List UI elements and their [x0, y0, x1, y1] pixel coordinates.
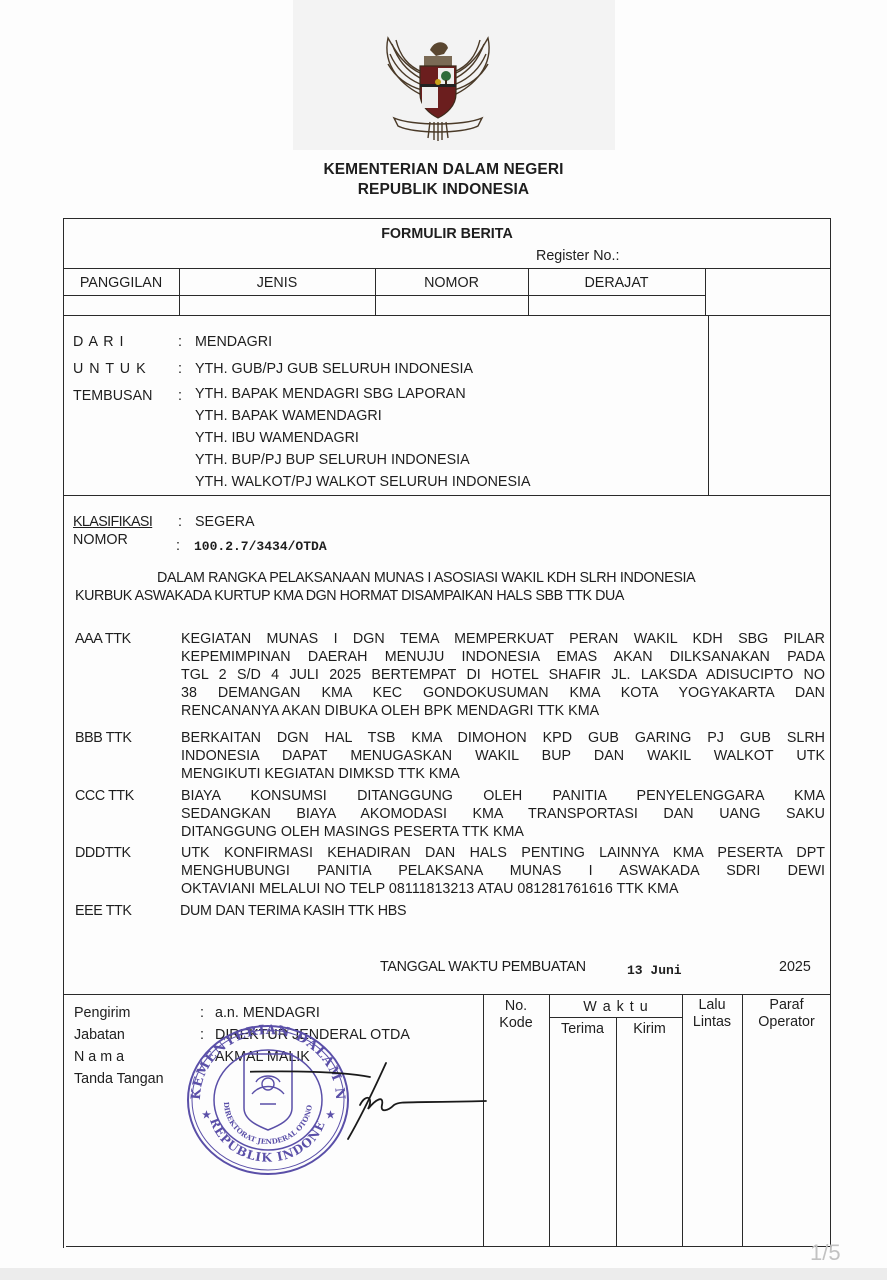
col-jenis: JENIS [179, 274, 375, 292]
log-operator-label: Operator [742, 1013, 831, 1031]
waktu-divider [549, 1017, 683, 1018]
dari-value: MENDAGRI [195, 333, 272, 351]
nomor-label: NOMOR [73, 531, 128, 549]
svg-text:★: ★ [202, 1110, 211, 1121]
header-row-mid [63, 295, 706, 296]
klasifikasi-label: KLASIFIKASI [73, 513, 152, 531]
untuk-value: YTH. GUB/PJ GUB SELURUH INDONESIA [195, 360, 473, 378]
tembusan-value-2: YTH. BAPAK WAMENDAGRI [195, 407, 382, 425]
frame-right [830, 218, 831, 1248]
date-day-month: 13 Juni [627, 962, 682, 980]
nomor-value: 100.2.7/3434/OTDA [194, 538, 327, 556]
tembusan-value-1: YTH. BAPAK MENDAGRI SBG LAPORAN [195, 385, 466, 403]
signature-icon [250, 1055, 490, 1145]
pengirim-colon: : [200, 1004, 204, 1022]
tanda-tangan-label: Tanda Tangan [74, 1070, 164, 1088]
frame-left [63, 218, 64, 1248]
frame-bottom [66, 1246, 832, 1247]
dari-colon: : [178, 333, 182, 351]
klasifikasi-value: SEGERA [195, 513, 255, 531]
log-kode-label: Kode [483, 1014, 549, 1032]
ministry-name: KEMENTERIAN DALAM NEGERI [0, 161, 887, 179]
col-sep-4 [705, 268, 706, 316]
log-terima-label: Terima [549, 1020, 616, 1038]
log-paraf-label: Paraf [742, 996, 831, 1014]
untuk-label: U N T U K [73, 360, 147, 378]
viewer-bottom-bar [0, 1268, 887, 1280]
point-label: EEE TTK [75, 902, 132, 920]
register-no-label: Register No.: [536, 247, 619, 265]
point-body: BERKAITAN DGN HAL TSB KMA DIMOHON KPD GU… [181, 729, 825, 783]
point-label: BBB TTK [75, 729, 132, 747]
garuda-emblem-icon [372, 26, 504, 148]
tembusan-label: TEMBUSAN [73, 387, 152, 405]
frame-top [63, 218, 831, 219]
nama-label: N a m a [74, 1048, 124, 1066]
col-panggilan: PANGGILAN [63, 274, 179, 292]
pengirim-label: Pengirim [74, 1004, 130, 1022]
point-body: DUM DAN TERIMA KASIH TTK HBS [180, 902, 824, 920]
point-body: KEGIATAN MUNAS I DGN TEMA MEMPERKUAT PER… [181, 630, 825, 720]
col-nomor: NOMOR [375, 274, 528, 292]
klasifikasi-colon: : [178, 513, 182, 531]
log-lalu-label: Lalu [682, 996, 742, 1014]
tembusan-colon: : [178, 387, 182, 405]
log-col-5 [742, 994, 743, 1247]
country-name: REPUBLIK INDONESIA [0, 181, 887, 199]
log-col-3 [616, 1017, 617, 1247]
address-right-col [708, 315, 709, 495]
point-label: CCC TTK [75, 787, 134, 805]
log-lintas-label: Lintas [682, 1013, 742, 1031]
pengirim-value: a.n. MENDAGRI [215, 1004, 320, 1022]
tembusan-value-4: YTH. BUP/PJ BUP SELURUH INDONESIA [195, 451, 470, 469]
nomor-colon: : [176, 537, 180, 555]
log-waktu-label: W a k t u [549, 998, 683, 1016]
tembusan-value-5: YTH. WALKOT/PJ WALKOT SELURUH INDONESIA [195, 473, 531, 491]
point-body: BIAYA KONSUMSI DITANGGUNG OLEH PANITIA P… [181, 787, 825, 841]
point-label: AAA TTK [75, 630, 131, 648]
untuk-colon: : [178, 360, 182, 378]
date-label: TANGGAL WAKTU PEMBUATAN [380, 958, 586, 976]
log-no-label: No. [483, 997, 549, 1015]
point-label: DDDTTK [75, 844, 131, 862]
form-title: FORMULIR BERITA [63, 225, 831, 243]
jabatan-label: Jabatan [74, 1026, 125, 1044]
col-derajat: DERAJAT [528, 274, 705, 292]
address-bottom [63, 495, 831, 496]
page-indicator: 1/5 [810, 1240, 841, 1266]
date-year: 2025 [779, 958, 811, 976]
log-kirim-label: Kirim [616, 1020, 683, 1038]
dari-label: D A R I [73, 333, 125, 351]
point-body: UTK KONFIRMASI KEHADIRAN DAN HALS PENTIN… [181, 844, 825, 898]
intro-line-1: DALAM RANGKA PELAKSANAAN MUNAS I ASOSIAS… [157, 569, 695, 587]
tembusan-value-3: YTH. IBU WAMENDAGRI [195, 429, 359, 447]
intro-line-2: KURBUK ASWAKADA KURTUP KMA DGN HORMAT DI… [75, 587, 624, 605]
